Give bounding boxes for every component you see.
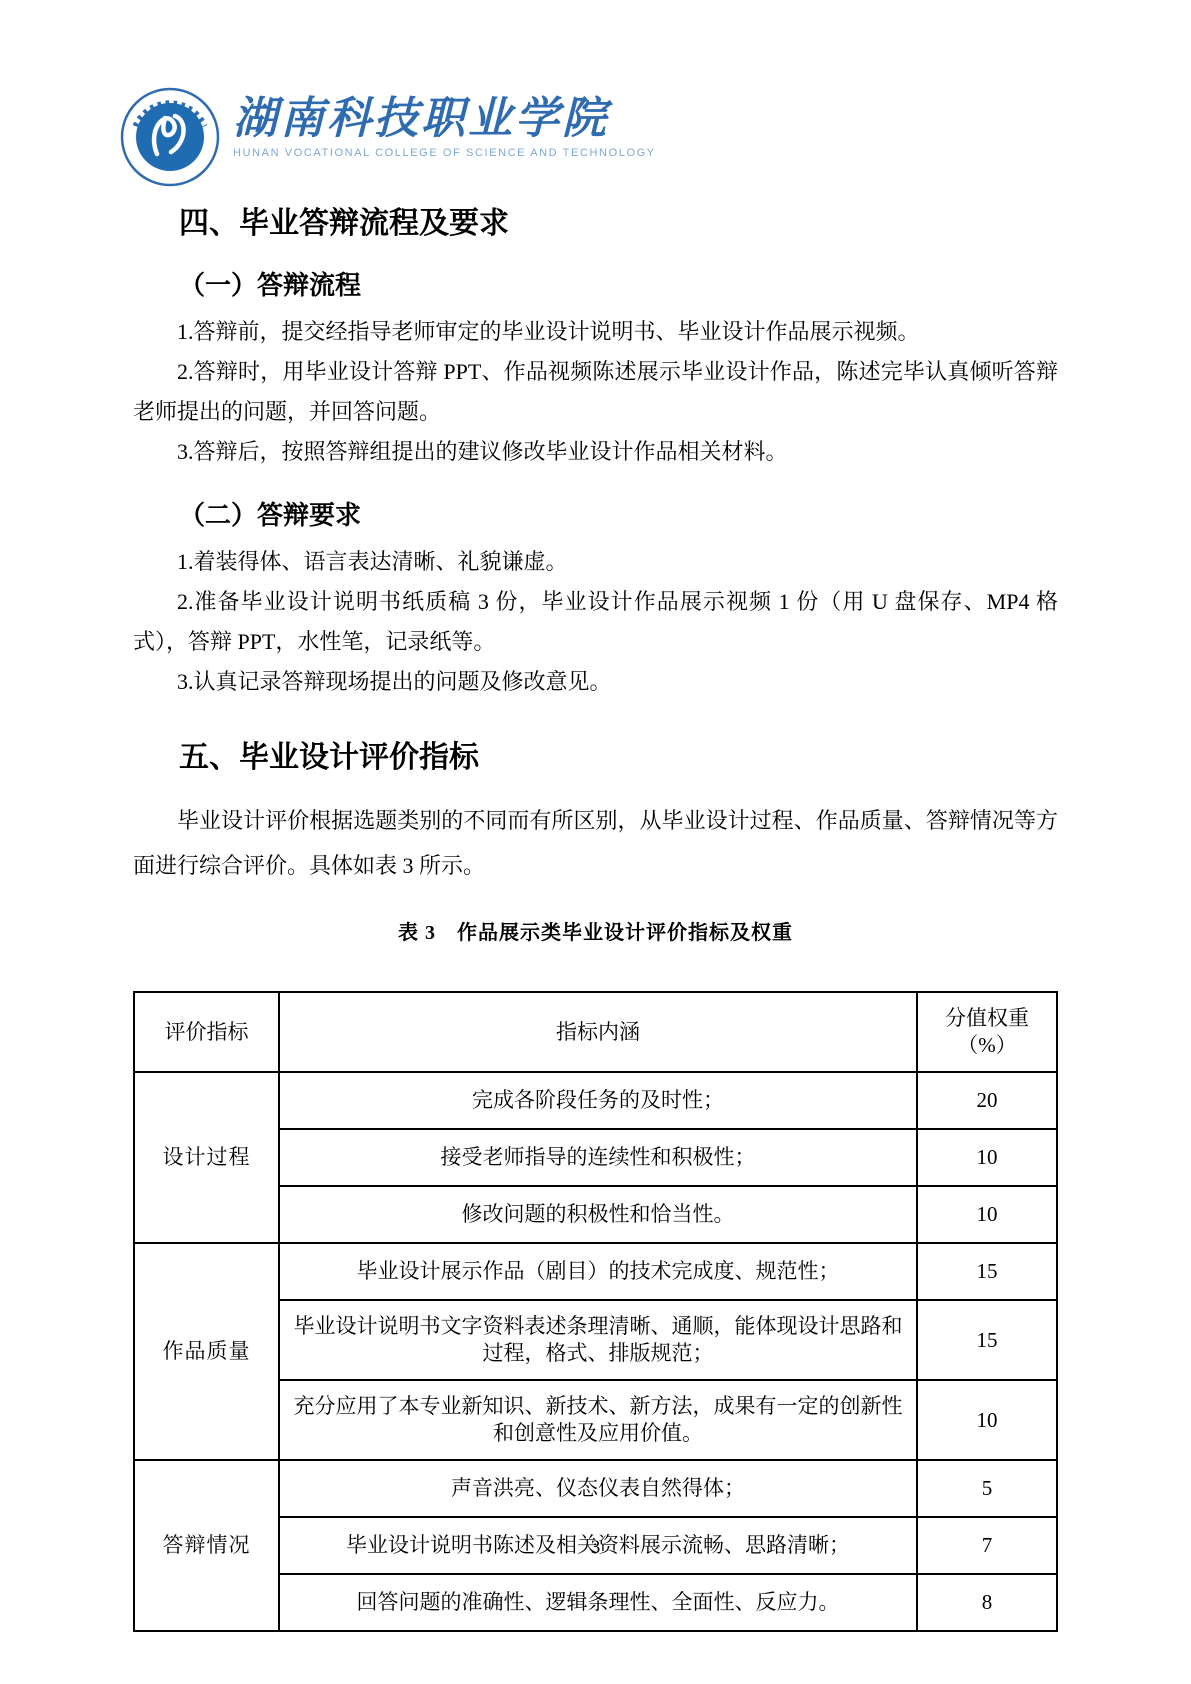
section5-title: 五、毕业设计评价指标 (179, 740, 1058, 776)
college-logo: 湖南科技职业学院 HUNAN VOCATIONAL COLLEGE OF SCI… (119, 86, 1058, 190)
header-index-content: 指标内涵 (279, 992, 917, 1072)
defense-process-item: 2.答辩时，用毕业设计答辩 PPT、作品视频陈述展示毕业设计作品，陈述完毕认真倾… (133, 352, 1058, 432)
criterion-weight: 10 (917, 1129, 1057, 1186)
college-name-chinese: 湖南科技职业学院 (233, 94, 656, 144)
table-row: 作品质量 毕业设计展示作品（剧目）的技术完成度、规范性； 15 (134, 1243, 1057, 1300)
section4-title: 四、毕业答辩流程及要求 (179, 206, 1058, 242)
criterion-text: 声音洪亮、仪态仪表自然得体； (279, 1460, 917, 1517)
table-row: 答辩情况 声音洪亮、仪态仪表自然得体； 5 (134, 1460, 1057, 1517)
defense-requirement-item: 2.准备毕业设计说明书纸质稿 3 份，毕业设计作品展示视频 1 份（用 U 盘保… (133, 582, 1058, 662)
evaluation-table: 评价指标 指标内涵 分值权重 （%） 设计过程 完成各阶段任务的及时性； 20 … (133, 991, 1058, 1632)
criterion-text: 回答问题的准确性、逻辑条理性、全面性、反应力。 (279, 1574, 917, 1631)
category-work-quality: 作品质量 (134, 1243, 279, 1460)
document-page: 湖南科技职业学院 HUNAN VOCATIONAL COLLEGE OF SCI… (0, 0, 1191, 1684)
section4-sub2-title: （二）答辩要求 (179, 500, 1058, 532)
criterion-weight: 20 (917, 1072, 1057, 1129)
criterion-weight: 15 (917, 1243, 1057, 1300)
criterion-weight: 15 (917, 1300, 1057, 1380)
table-row: 设计过程 完成各阶段任务的及时性； 20 (134, 1072, 1057, 1129)
section4-sub1-title: （一）答辩流程 (179, 270, 1058, 302)
defense-requirement-item: 1.着装得体、语言表达清晰、礼貌谦虚。 (133, 542, 1058, 582)
defense-requirement-item: 3.认真记录答辩现场提出的问题及修改意见。 (133, 662, 1058, 702)
table-caption: 表 3 作品展示类毕业设计评价指标及权重 (133, 916, 1058, 945)
college-emblem-icon (119, 86, 221, 188)
defense-process-item: 3.答辩后，按照答辩组提出的建议修改毕业设计作品相关材料。 (133, 432, 1058, 472)
criterion-weight: 10 (917, 1186, 1057, 1243)
defense-process-item: 1.答辩前，提交经指导老师审定的毕业设计说明书、毕业设计作品展示视频。 (133, 312, 1058, 352)
criterion-weight: 10 (917, 1380, 1057, 1460)
criterion-text: 修改问题的积极性和恰当性。 (279, 1186, 917, 1243)
criterion-text: 完成各阶段任务的及时性； (279, 1072, 917, 1129)
page-content: 湖南科技职业学院 HUNAN VOCATIONAL COLLEGE OF SCI… (0, 86, 1191, 1632)
criterion-text: 毕业设计展示作品（剧目）的技术完成度、规范性； (279, 1243, 917, 1300)
header-score-weight: 分值权重 （%） (917, 992, 1057, 1072)
criterion-text: 接受老师指导的连续性和积极性； (279, 1129, 917, 1186)
header-evaluation-index: 评价指标 (134, 992, 279, 1072)
page-number: 3 (0, 1537, 1191, 1559)
criterion-weight: 8 (917, 1574, 1057, 1631)
college-name-english: HUNAN VOCATIONAL COLLEGE OF SCIENCE AND … (233, 147, 656, 159)
criterion-text: 充分应用了本专业新知识、新技术、新方法，成果有一定的创新性和创意性及应用价值。 (279, 1380, 917, 1460)
category-design-process: 设计过程 (134, 1072, 279, 1243)
criterion-text: 毕业设计说明书文字资料表述条理清晰、通顺，能体现设计思路和过程，格式、排版规范； (279, 1300, 917, 1380)
college-name-block: 湖南科技职业学院 HUNAN VOCATIONAL COLLEGE OF SCI… (233, 86, 656, 159)
table-header-row: 评价指标 指标内涵 分值权重 （%） (134, 992, 1057, 1072)
criterion-weight: 5 (917, 1460, 1057, 1517)
section5-paragraph: 毕业设计评价根据选题类别的不同而有所区别，从毕业设计过程、作品质量、答辩情况等方… (133, 798, 1058, 888)
